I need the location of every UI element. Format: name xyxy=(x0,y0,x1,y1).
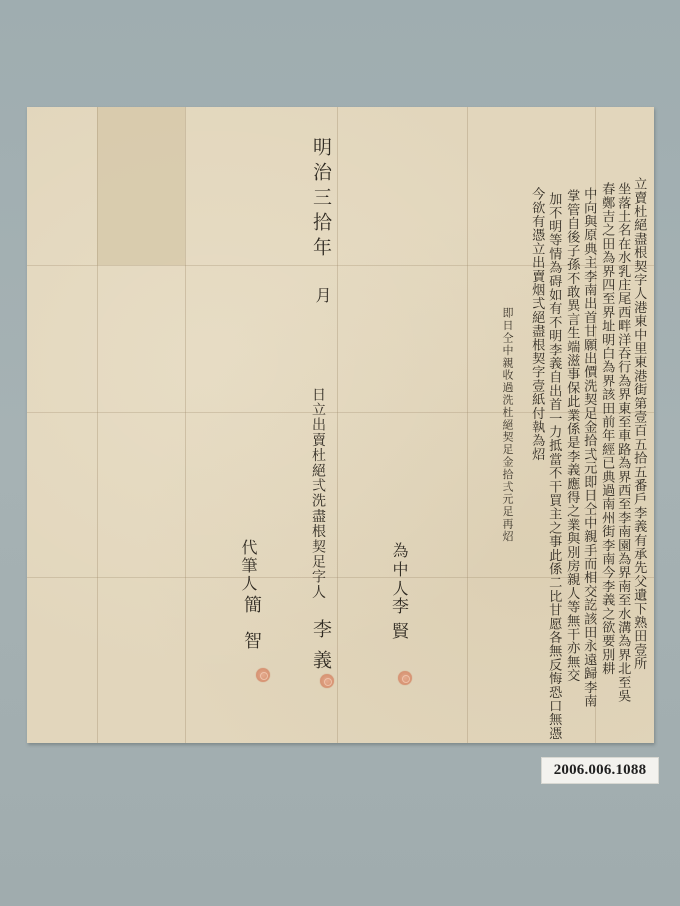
fold-line xyxy=(97,107,98,743)
body-column-5: 掌管自後子孫不敢異言生端滋事保此業係是李義應得之業與別房親人等無干亦無交 xyxy=(565,189,578,682)
scribe-seal xyxy=(256,668,270,682)
witness-label: 為中人 xyxy=(391,542,407,599)
seller-seal xyxy=(320,674,334,688)
body-column-3: 春鄭吉之田為界四至界址明白為界該田前年經已典過南州街李南今李義之欲要別耕 xyxy=(600,182,613,675)
body-column-4: 中向與原典主李南出首甘願出價洗契足金拾弍元即日仝中親手而相交訖該田永遠歸李南 xyxy=(582,187,595,708)
deed-paper: 明治三拾年 月 立賣杜絕盡根契字人港東中里東港街第壹百五拾五番戶李義有承先父遺下… xyxy=(27,107,654,743)
seller-statement: 日立出賣杜絕弍洗盡根契足字人 xyxy=(311,387,325,600)
fold-line xyxy=(185,107,186,743)
seller-name: 李義 xyxy=(311,619,330,681)
body-column-1: 立賣杜絕盡根契字人港東中里東港街第壹百五拾五番戶李義有承先父遺下熟田壹所 xyxy=(632,177,645,670)
body-column-6: 加不明等情為碍如有不明李義自出首一力抵當不干買主之事此係二比甘愿各無反悔恐口無憑 xyxy=(547,192,560,740)
body-column-2: 坐落土名在水乳庄尾西畔洋吞行為界東至車路為界西至李南園為界南至水溝為界北至吳 xyxy=(616,182,629,703)
body-column-7: 今欲有憑立出賣烟弍絕盡根契字壹紙付執為炤 xyxy=(530,187,543,461)
scribe-label: 代筆人 xyxy=(240,539,256,593)
receipt-note: 即日仝中親收過洗杜絕契足金拾弍元足再炤 xyxy=(502,307,513,543)
paper-discolored-patch xyxy=(97,107,185,265)
witness-seal xyxy=(398,671,412,685)
fold-line xyxy=(467,107,468,743)
date-month: 月 xyxy=(314,287,330,303)
witness-name: 李賢 xyxy=(389,597,406,647)
scribe-name: 簡智 xyxy=(242,595,260,667)
catalog-number: 2006.006.1088 xyxy=(554,762,647,779)
date-era-year: 明治三拾年 xyxy=(311,137,330,262)
fold-line xyxy=(337,107,338,743)
catalog-number-label: 2006.006.1088 xyxy=(541,757,659,784)
